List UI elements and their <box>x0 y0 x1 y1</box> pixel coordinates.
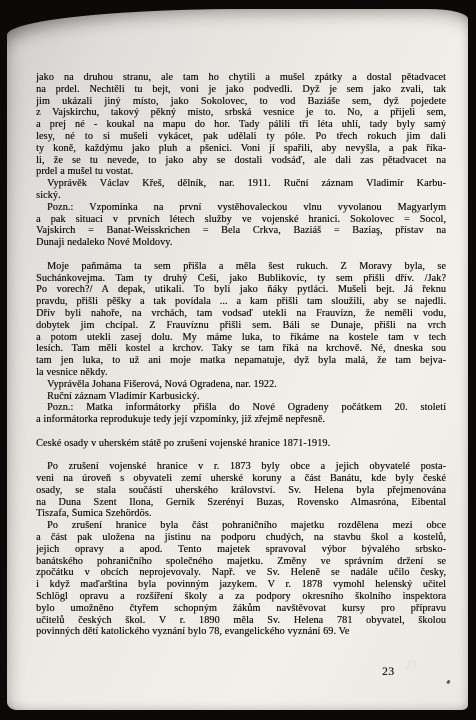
text-line: a potom utekli zasej dolu. My máme luka,… <box>36 332 446 344</box>
text-line: a informátorka reprodukuje tedy její vzp… <box>36 414 446 426</box>
text-line: Schlögl opravu a rozšíření školy a za po… <box>36 591 446 603</box>
text-line: na prdel. Nechtěli tu bejt, voni je jako… <box>36 84 446 96</box>
text-line: veni na úroveň s obyvateli zemí uherské … <box>36 473 446 485</box>
text-line: zpočátku v obcích neprojevovaly. Např. v… <box>36 567 446 579</box>
text-line: Suchánkovejma. Tam ty druhý Češi, jako B… <box>36 273 446 285</box>
text-line: povinných dětí katolického vyznání bylo … <box>36 626 446 638</box>
text-line: banátského pohraničního společného majet… <box>36 556 446 568</box>
text-line: České osady v uherském státě po zrušení … <box>36 438 446 450</box>
text-line: dobytek jim chcípal. Z Frauvíznu přišli … <box>36 320 446 332</box>
text-line: Po vorech?/ A depak, utikali. To byli ja… <box>36 284 446 296</box>
paragraph-gap <box>36 249 446 261</box>
text-line: ty koně, každýmu jako pluh a pšenici. Vo… <box>36 143 446 155</box>
text-line: li, že se tu nevede, to jako aby se dost… <box>36 155 446 167</box>
text-line: pravdu, přišli pěšky a tak povídala ... … <box>36 296 446 308</box>
text-line: Vajskirch = Banat-Weisskrichen = Bela Cr… <box>36 225 446 237</box>
text-line: Moje paňmáma ta sem přišla a měla šest r… <box>36 261 446 273</box>
text-line: a prej né - koukal na mapu do hor. Tady … <box>36 119 446 131</box>
text-line: la vesnice někdy. <box>36 367 446 379</box>
text-line: Dřív byli nahoře, na vrchách, tam vodsaď… <box>36 308 446 320</box>
paragraph-gap <box>36 450 446 462</box>
text-line: tam jen luka, to už ani moje matka nepam… <box>36 355 446 367</box>
ink-speck <box>446 680 451 685</box>
text-line: a část pak uložena na jistinu na podporu… <box>36 532 446 544</box>
text-line: jim ukázali jiný místo, jako Sokolovec, … <box>36 96 446 108</box>
text-line: Dunaji nedaleko Nové Moldovy. <box>36 237 446 249</box>
text-line: učitelů českých škol. V r. 1890 měla Sv.… <box>36 615 446 627</box>
page-text: jako na druhou stranu, ale tam ho chytil… <box>36 72 446 638</box>
text-line: Vyprávěla Johana Fišerová, Nová Ogradena… <box>36 379 446 391</box>
text-line: osady, se stala součástí uherského králo… <box>36 485 446 497</box>
text-line: prdel a mušel tu vostat. <box>36 166 446 178</box>
text-line: Vyprávěk Václav Křeš, dělník, nar. 1911.… <box>36 178 446 190</box>
text-line: Po zrušení hranice byla část pohraničníh… <box>36 520 446 532</box>
text-line: Po zrušení vojenské hranice v r. 1873 by… <box>36 461 446 473</box>
scan-background: jako na druhou stranu, ale tam ho chytil… <box>0 0 476 720</box>
text-line: jejich opravy a apod. Tento majetek spra… <box>36 544 446 556</box>
text-line: lesích. Tam měli kostel a krchov. Taky s… <box>36 343 446 355</box>
text-line: Pozn.: Vzpomínka na první vystěhovalecko… <box>36 202 446 214</box>
text-line: jako na druhou stranu, ale tam ho chytil… <box>36 72 446 84</box>
text-line: lesy, né to si mušeli vykácet, pak uděla… <box>36 131 446 143</box>
paragraph-gap <box>36 426 446 438</box>
text-line: bylo umožněno čtyřem schopným žákům navš… <box>36 603 446 615</box>
text-line: sický. <box>36 190 446 202</box>
text-line: i když maďarština byla povinným jazykem.… <box>36 579 446 591</box>
text-line: a pak situaci v prvních létech služby ve… <box>36 214 446 226</box>
book-page: jako na druhou stranu, ale tam ho chytil… <box>7 9 468 710</box>
text-line: Pozn.: Matka informátorky přišla do Nové… <box>36 402 446 414</box>
text-line: z Vajskirchu, takový pěkný místo, srbská… <box>36 107 446 119</box>
text-line: Ruční záznam Vladimír Karbusický. <box>36 391 446 403</box>
page-number: 23 <box>382 666 395 678</box>
bleed-through-page-number: 23 <box>405 659 416 671</box>
text-line: Tiszafa, Šumica Szehördös. <box>36 508 446 520</box>
text-line: na Duna Szent Ilona, Gernik Szerényi Buz… <box>36 497 446 509</box>
